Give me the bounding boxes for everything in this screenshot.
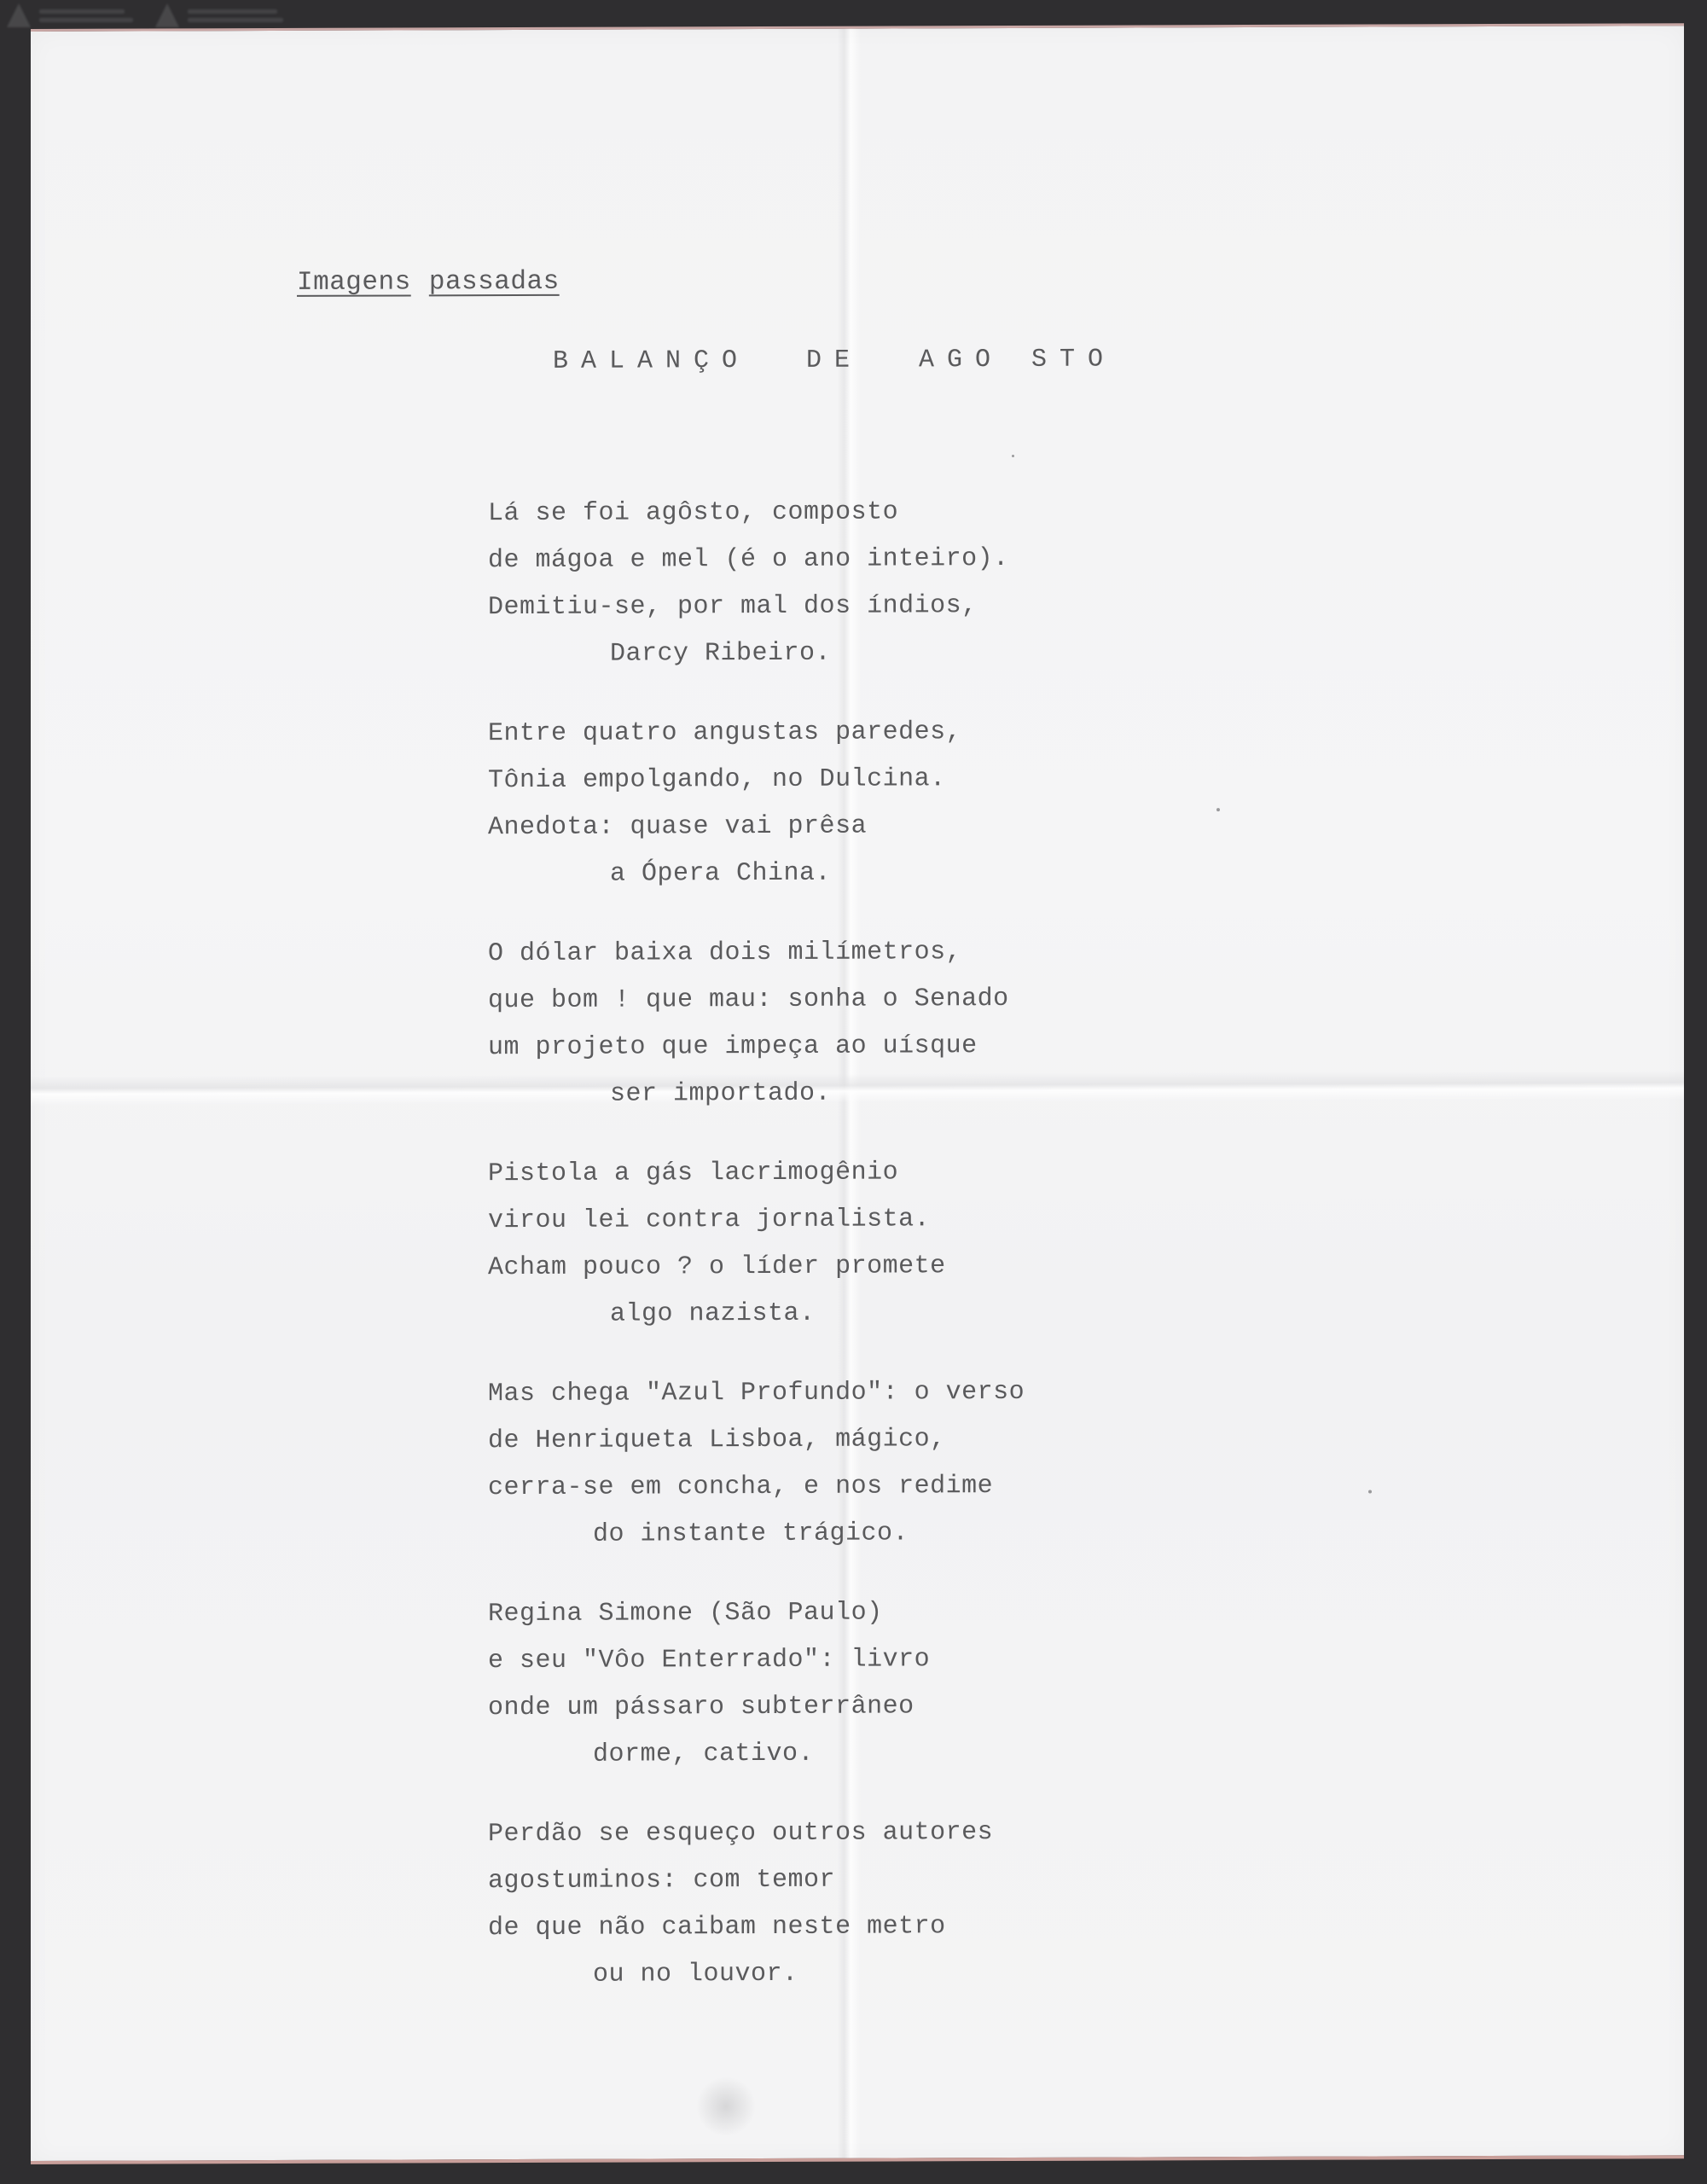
verse-line: Mas chega "Azul Profundo": o verso [488,1368,1256,1418]
verse-line-indented: Darcy Ribeiro. [488,629,1256,678]
section-heading-word: passadas [429,267,560,298]
watermark-illegible-text [188,9,283,22]
section-heading-word: Imagens [297,267,411,297]
poem-body: Lá se foi agôsto, composto de mágoa e me… [488,488,1256,2031]
paper-smudge [696,2077,756,2136]
stanza: Pistola a gás lacrimogênio virou lei con… [488,1148,1256,1339]
stanza: Lá se foi agôsto, composto de mágoa e me… [488,488,1256,678]
archive-logo-icon [7,3,31,27]
poem-title: BALANÇO DE AGO STO [553,346,1116,376]
paper-speck [1368,1490,1372,1494]
section-heading: Imagens passadas [297,267,560,298]
typewritten-page: Imagens passadas BALANÇO DE AGO STO Lá s… [31,23,1684,2164]
stanza: Regina Simone (São Paulo) e seu "Vôo Ent… [488,1589,1256,1779]
verse-line: virou lei contra jornalista. [488,1195,1256,1245]
verse-line: e seu "Vôo Enterrado": livro [488,1635,1256,1685]
verse-line: Anedota: quase vai prêsa [488,802,1256,851]
watermark-group-2 [155,3,283,27]
verse-line: Acham pouco ? o líder promete [488,1242,1256,1292]
verse-line: um projeto que impeça ao uísque [488,1022,1256,1072]
watermark-illegible-text [39,9,133,22]
verse-line: onde um pássaro subterrâneo [488,1682,1256,1732]
verse-line: Lá se foi agôsto, composto [488,488,1256,537]
verse-line: cerra-se em concha, e nos redime [488,1462,1256,1512]
stanza: Perdão se esqueço outros autores agostum… [488,1809,1256,1999]
verse-line: Regina Simone (São Paulo) [488,1589,1256,1638]
verse-line: de mágoa e mel (é o ano inteiro). [488,535,1256,584]
paper-speck [1012,455,1014,457]
verse-line: de Henriqueta Lisboa, mágico, [488,1415,1256,1465]
stanza: Mas chega "Azul Profundo": o verso de He… [488,1368,1256,1559]
stanza: O dólar baixa dois milímetros, que bom !… [488,928,1256,1118]
verse-line: Tônia empolgando, no Dulcina. [488,755,1256,804]
verse-line-indented: algo nazista. [488,1289,1256,1339]
archive-watermark [7,2,283,29]
verse-line: Demitiu-se, por mal dos índios, [488,582,1256,631]
watermark-group-1 [7,3,133,27]
verse-line-indented: dorme, cativo. [488,1729,1256,1779]
stanza: Entre quatro angustas paredes, Tônia emp… [488,708,1256,898]
verse-line: de que não caibam neste metro [488,1902,1256,1952]
verse-line: Pistola a gás lacrimogênio [488,1148,1256,1198]
archive-logo-icon [155,3,179,27]
verse-line: Perdão se esqueço outros autores [488,1809,1256,1858]
verse-line: agostuminos: com temor [488,1856,1256,1905]
verse-line-indented: ou no louvor. [488,1949,1256,1999]
verse-line: O dólar baixa dois milímetros, [488,928,1256,978]
verse-line: que bom ! que mau: sonha o Senado [488,975,1256,1025]
verse-line-indented: ser importado. [488,1069,1256,1118]
verse-line-indented: a Ópera China. [488,849,1256,898]
verse-line: Entre quatro angustas paredes, [488,708,1256,758]
verse-line-indented: do instante trágico. [488,1509,1256,1559]
